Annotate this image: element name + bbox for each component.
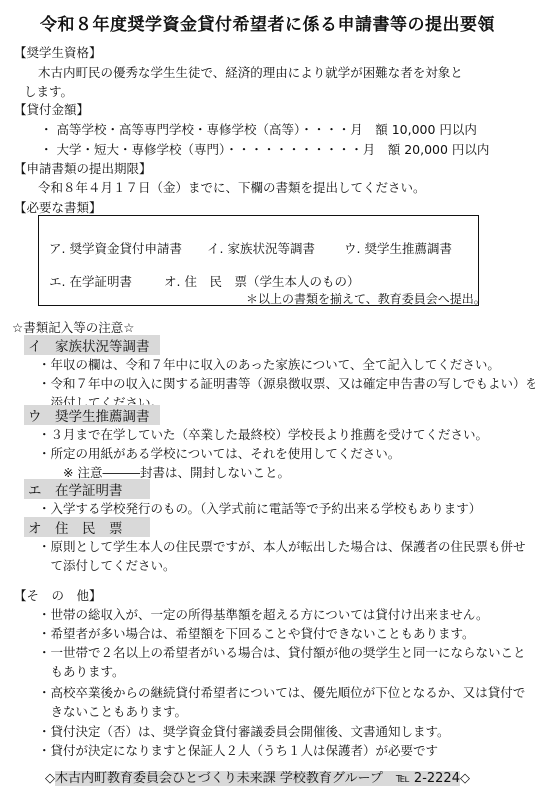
footer-contact: ◇木古内町教育委員会ひとづくり未来課 学校教育グループ ℡ 2-2224◇ bbox=[45, 767, 470, 786]
other-line: もあります。 bbox=[38, 662, 125, 680]
required-docs-box: ア. 奨学資金貸付申請書 イ. 家族状況等調書 ウ. 奨学生推薦調書 エ. 在学… bbox=[38, 215, 479, 306]
eligibility-heading: 【奨学生資格】 bbox=[14, 43, 102, 61]
other-line: ・希望者が多い場合は、希望額を下回ることや貸付できないこともあります。 bbox=[38, 624, 475, 642]
loan-amount-item-university: ・ 大学・短大・専修学校（専門）・・・・・・・・・・・月 額 20,000 円以… bbox=[40, 140, 489, 158]
other-line: ・高校卒業後からの継続貸付希望者については、優先順位が下位となるか、又は貸付で bbox=[38, 683, 525, 701]
required-doc-e: エ. 在学証明書 bbox=[49, 272, 132, 290]
other-line: ・一世帯で２名以上の希望者がいる場合は、貸付額が他の奨学生と同一にならないこと bbox=[38, 643, 526, 661]
footer-contact-text: 木古内町教育委員会ひとづくり未来課 学校教育グループ ℡ 2-2224 bbox=[55, 771, 460, 786]
notes-section-enrollment-title: エ 在学証明書 bbox=[24, 479, 150, 499]
required-docs-note: ＊以上の書類を揃えて、教育委員会へ提出。 bbox=[246, 290, 486, 307]
loan-amount-heading: 【貸付金額】 bbox=[14, 100, 89, 118]
other-line: ・貸付が決定になりますと保証人２人（うち１人は保護者）が必要です bbox=[38, 741, 438, 759]
document-title: 令和８年度奨学資金貸付希望者に係る申請書等の提出要領 bbox=[0, 10, 535, 35]
notes-recommend-line: ・所定の用紙がある学校については、それを使用してください。 bbox=[38, 444, 400, 462]
notes-family-line: ・令和７年中の収入に関する証明書等（源泉徴収票、又は確定申告書の写しでもよい）を bbox=[38, 374, 535, 392]
notes-section-family-title: イ 家族状況等調書 bbox=[24, 335, 160, 355]
required-doc-u: ウ. 奨学生推薦調書 bbox=[344, 239, 452, 257]
notes-heading: ☆書類記入等の注意☆ bbox=[12, 318, 134, 336]
eligibility-text-line1: 木古内町民の優秀な学生生徒で、経済的理由により就学が困難な者を対象と bbox=[38, 63, 463, 81]
required-doc-a: ア. 奨学資金貸付申請書 bbox=[49, 239, 182, 257]
notes-family-line: ・年収の欄は、令和７年中に収入のあった家族について、全て記入してください。 bbox=[38, 355, 500, 373]
required-docs-heading: 【必要な書類】 bbox=[14, 198, 102, 216]
loan-amount-label: ・ 高等学校・高等専門学校・専修学校（高等）・・・・月 額 bbox=[40, 122, 388, 137]
notes-section-recommend-title: ウ 奨学生推薦調書 bbox=[24, 405, 160, 425]
required-doc-i: イ. 家族状況等調書 bbox=[207, 239, 315, 257]
loan-amount-value: 20,000 円以内 bbox=[404, 142, 489, 157]
diamond-icon: ◇ bbox=[460, 771, 470, 786]
notes-recommend-line: ・３月まで在学していた（卒業した最終校）学校長より推薦を受けてください。 bbox=[38, 425, 488, 443]
loan-amount-label: ・ 大学・短大・専修学校（専門）・・・・・・・・・・・月 額 bbox=[40, 142, 400, 157]
other-line: きないこともあります。 bbox=[38, 702, 187, 720]
notes-section-residence-title: オ 住 民 票 bbox=[24, 517, 150, 537]
deadline-heading: 【申請書類の提出期限】 bbox=[14, 159, 152, 177]
other-line: ・世帯の総収入が、一定の所得基準額を超える方については貸付け出来ません。 bbox=[38, 605, 489, 623]
loan-amount-value: 10,000 円以内 bbox=[392, 122, 477, 137]
other-line: ・貸付決定（否）は、奨学資金貸付審議委員会開催後、文書通知します。 bbox=[38, 722, 450, 740]
eligibility-text-line2: します。 bbox=[24, 82, 73, 100]
notes-residence-line: て添付してください。 bbox=[38, 556, 176, 574]
required-doc-o: オ. 住 民 票（学生本人のもの） bbox=[164, 272, 359, 290]
notes-enrollment-line: ・入学する学校発行のもの。（入学式前に電話等で予約出来る学校もあります） bbox=[38, 499, 481, 517]
loan-amount-item-high-school: ・ 高等学校・高等専門学校・専修学校（高等）・・・・月 額 10,000 円以内 bbox=[40, 120, 477, 138]
deadline-text: 令和８年４月１７日（金）までに、下欄の書類を提出してください。 bbox=[38, 178, 426, 196]
other-heading: 【そ の 他】 bbox=[14, 586, 102, 604]
notes-residence-line: ・原則として学生本人の住民票ですが、本人が転出した場合は、保護者の住民票も併せ bbox=[38, 537, 526, 555]
diamond-icon: ◇ bbox=[45, 771, 55, 786]
